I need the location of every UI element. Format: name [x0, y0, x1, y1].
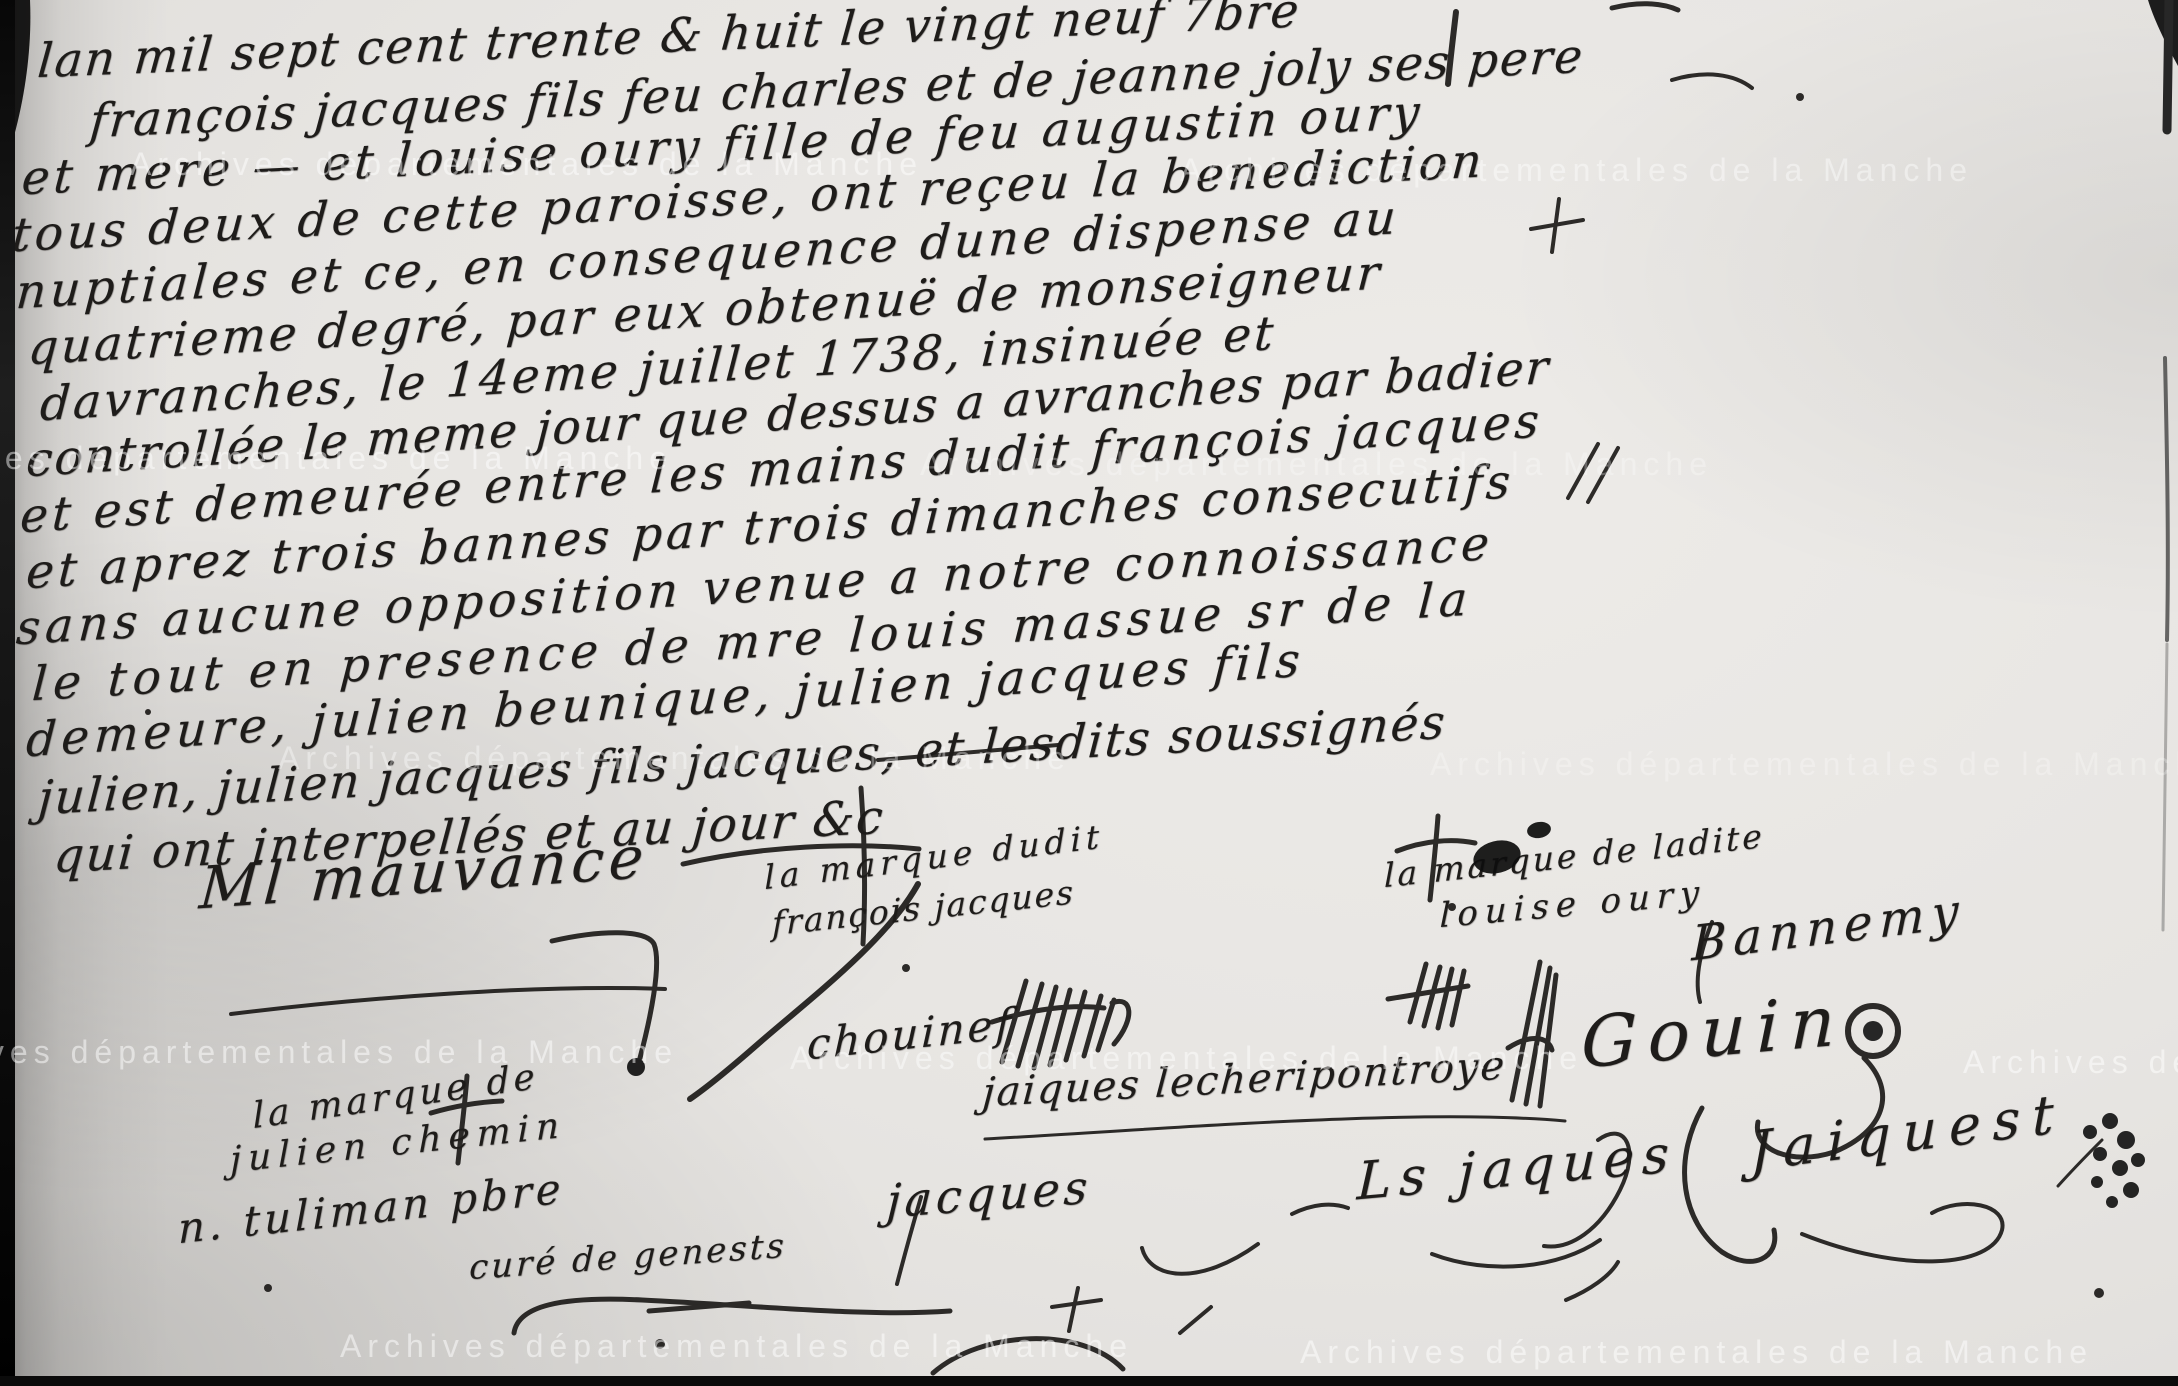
register-entry-text: lan mil sept cent trente & huit le vingt…: [0, 0, 2178, 1386]
signature-chouinef: chouinef: [806, 998, 1014, 1069]
signature-lecheripontroye: jaiques lecheripontroye: [981, 1043, 1508, 1117]
signature-gouin: Gouin: [1581, 979, 1847, 1085]
signature-bannemy: Bannemy: [1691, 882, 1966, 972]
signature-jacques-center: jacques: [885, 1160, 1093, 1229]
parish-register-scan: lan mil sept cent trente & huit le vingt…: [0, 0, 2178, 1386]
signature-jacques-right: Jaiquest: [1750, 1081, 2065, 1183]
book-binding-edge: [0, 0, 15, 1386]
page-bottom-edge: [0, 1376, 2178, 1386]
signature-priest-line2: curé de genests: [469, 1226, 788, 1288]
signature-ls-jaques: Ls jaques: [1356, 1124, 1678, 1212]
